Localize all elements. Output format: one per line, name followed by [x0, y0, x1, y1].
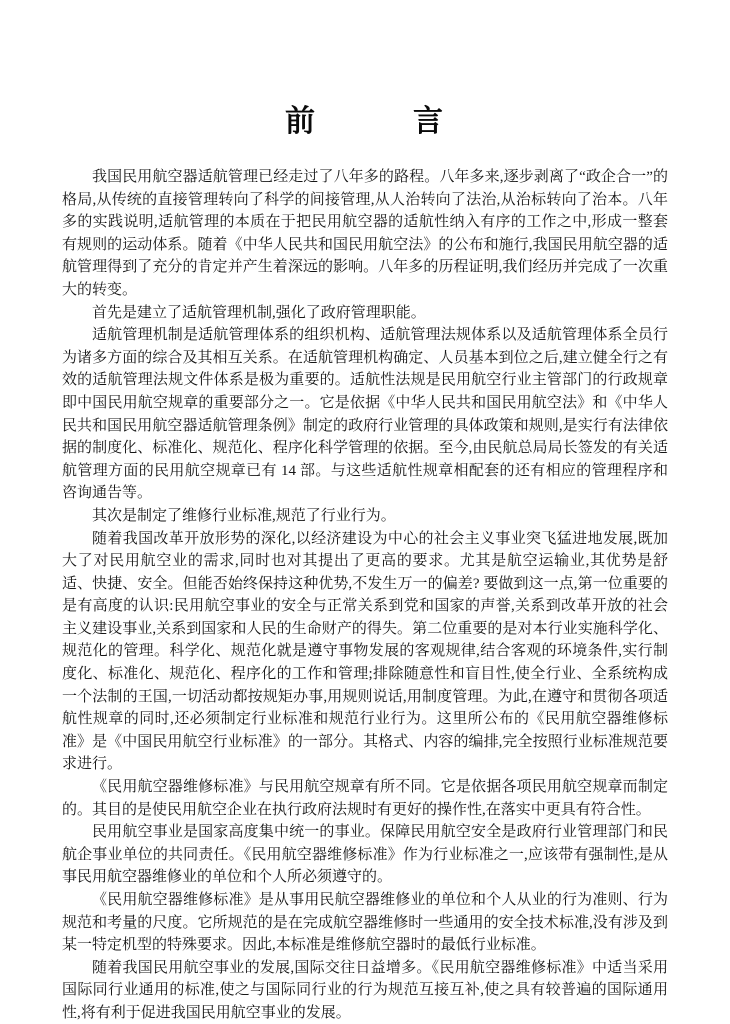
- document-page: 前 言 我国民用航空器适航管理已经走过了八年多的路程。八年多来,逐步剥离了“政企…: [0, 0, 730, 1024]
- paragraph: 《民用航空器维修标准》是从事用民航空器维修业的单位和个人从业的行为准则、行为规范…: [62, 889, 668, 957]
- paragraph: 民用航空事业是国家高度集中统一的事业。保障民用航空安全是政府行业管理部门和民航企…: [62, 821, 668, 889]
- paragraph: 随着我国改革开放形势的深化,以经济建设为中心的社会主义事业突飞猛进地发展,既加大…: [62, 528, 668, 777]
- paragraph: 《民用航空器维修标准》与民用航空规章有所不同。它是依据各项民用航空规章而制定的。…: [62, 776, 668, 821]
- document-body: 我国民用航空器适航管理已经走过了八年多的路程。八年多来,逐步剥离了“政企合一”的…: [62, 166, 668, 1024]
- paragraph: 随着我国民用航空事业的发展,国际交往日益增多。《民用航空器维修标准》中适当采用国…: [62, 957, 668, 1024]
- paragraph: 其次是制定了维修行业标准,规范了行业行为。: [62, 505, 668, 528]
- paragraph: 我国民用航空器适航管理已经走过了八年多的路程。八年多来,逐步剥离了“政企合一”的…: [62, 166, 668, 302]
- paragraph: 适航管理机制是适航管理体系的组织机构、适航管理法规体系以及适航管理体系全员行为诸…: [62, 324, 668, 505]
- paragraph: 首先是建立了适航管理机制,强化了政府管理职能。: [62, 302, 668, 325]
- page-title: 前 言: [0, 0, 730, 140]
